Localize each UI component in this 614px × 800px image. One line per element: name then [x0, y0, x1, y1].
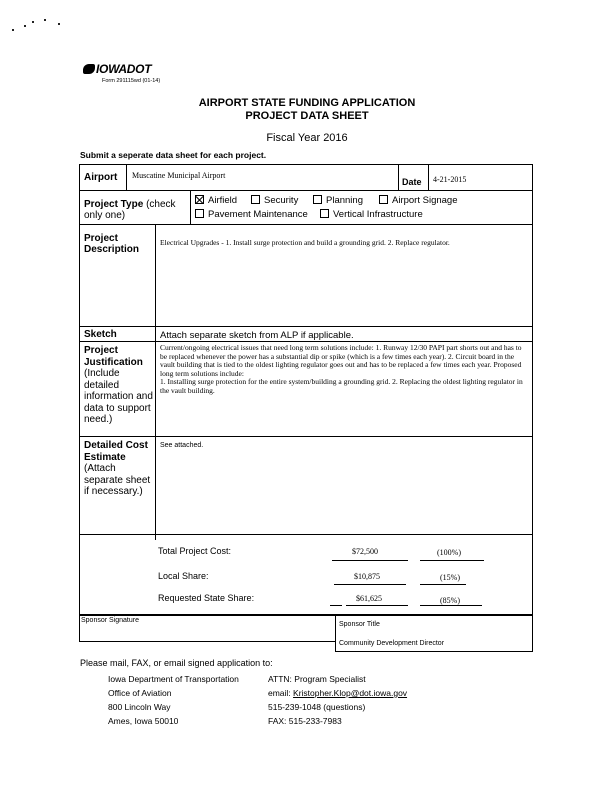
- mailing-address: Iowa Department of Transportation Office…: [108, 672, 239, 728]
- checkbox-planning[interactable]: Planning: [313, 195, 363, 206]
- scan-artifacts: [10, 15, 65, 35]
- state-share-amount[interactable]: $61,625: [356, 594, 382, 603]
- submit-instruction: Submit a seperate data sheet for each pr…: [80, 150, 266, 160]
- sketch-label: Sketch: [84, 329, 117, 340]
- cost-estimate-field[interactable]: See attached.: [160, 442, 203, 449]
- form-number: Form 291115wd (01-14): [102, 78, 160, 84]
- date-field[interactable]: 4-21-2015: [433, 175, 466, 184]
- checkbox-icon[interactable]: [379, 195, 388, 204]
- total-cost-percent[interactable]: (100%): [437, 548, 461, 557]
- checkbox-checked-icon[interactable]: [195, 195, 204, 204]
- fiscal-year: Fiscal Year 2016: [0, 132, 614, 144]
- contact-info: ATTN: Program Specialist email: Kristoph…: [268, 672, 407, 728]
- local-share-amount[interactable]: $10,875: [354, 572, 380, 581]
- checkbox-icon[interactable]: [320, 209, 329, 218]
- total-cost-amount[interactable]: $72,500: [352, 547, 378, 556]
- dot-logo-icon: [83, 64, 95, 74]
- sponsor-title-label: Sponsor Title: [339, 621, 380, 628]
- airport-label: Airport: [84, 172, 117, 183]
- local-share-percent[interactable]: (15%): [440, 573, 460, 582]
- checkbox-icon[interactable]: [195, 209, 204, 218]
- checkbox-security[interactable]: Security: [251, 195, 298, 206]
- sponsor-signature-label: Sponsor Signature: [81, 617, 139, 624]
- checkbox-vertical-infrastructure[interactable]: Vertical Infrastructure: [320, 209, 423, 220]
- date-label: Date: [402, 177, 422, 188]
- document-title: AIRPORT STATE FUNDING APPLICATION: [0, 97, 614, 110]
- iowa-dot-logo: IOWADOT: [83, 62, 151, 76]
- email-link[interactable]: Kristopher.Klop@dot.iowa.gov: [293, 688, 407, 698]
- checkbox-airport-signage[interactable]: Airport Signage: [379, 195, 457, 206]
- project-justification-field[interactable]: Current/ongoing electrical issues that n…: [160, 344, 528, 396]
- sketch-instruction: Attach separate sketch from ALP if appli…: [160, 330, 354, 341]
- project-description-field[interactable]: Electrical Upgrades - 1. Install surge p…: [160, 238, 530, 247]
- sponsor-title-field[interactable]: Community Development Director: [339, 640, 444, 647]
- project-type-label: Project Type (check only one): [84, 199, 188, 221]
- airport-field[interactable]: Muscatine Municipal Airport: [132, 171, 225, 180]
- checkbox-icon[interactable]: [251, 195, 260, 204]
- project-description-label: Project Description: [84, 233, 152, 255]
- mailing-instruction: Please mail, FAX, or email signed applic…: [80, 658, 273, 668]
- checkbox-pavement-maintenance[interactable]: Pavement Maintenance: [195, 209, 308, 220]
- state-share-label: Requested State Share:: [158, 593, 254, 603]
- checkbox-icon[interactable]: [313, 195, 322, 204]
- checkbox-airfield[interactable]: Airfield: [195, 195, 237, 206]
- state-share-percent[interactable]: (85%): [440, 596, 460, 605]
- cost-estimate-label: Detailed Cost Estimate (Attach separate …: [84, 440, 154, 498]
- project-justification-label: Project Justification (Include detailed …: [84, 345, 154, 426]
- email-line: email: Kristopher.Klop@dot.iowa.gov: [268, 686, 407, 700]
- document-subtitle: PROJECT DATA SHEET: [0, 110, 614, 123]
- total-cost-label: Total Project Cost:: [158, 546, 231, 556]
- local-share-label: Local Share:: [158, 571, 209, 581]
